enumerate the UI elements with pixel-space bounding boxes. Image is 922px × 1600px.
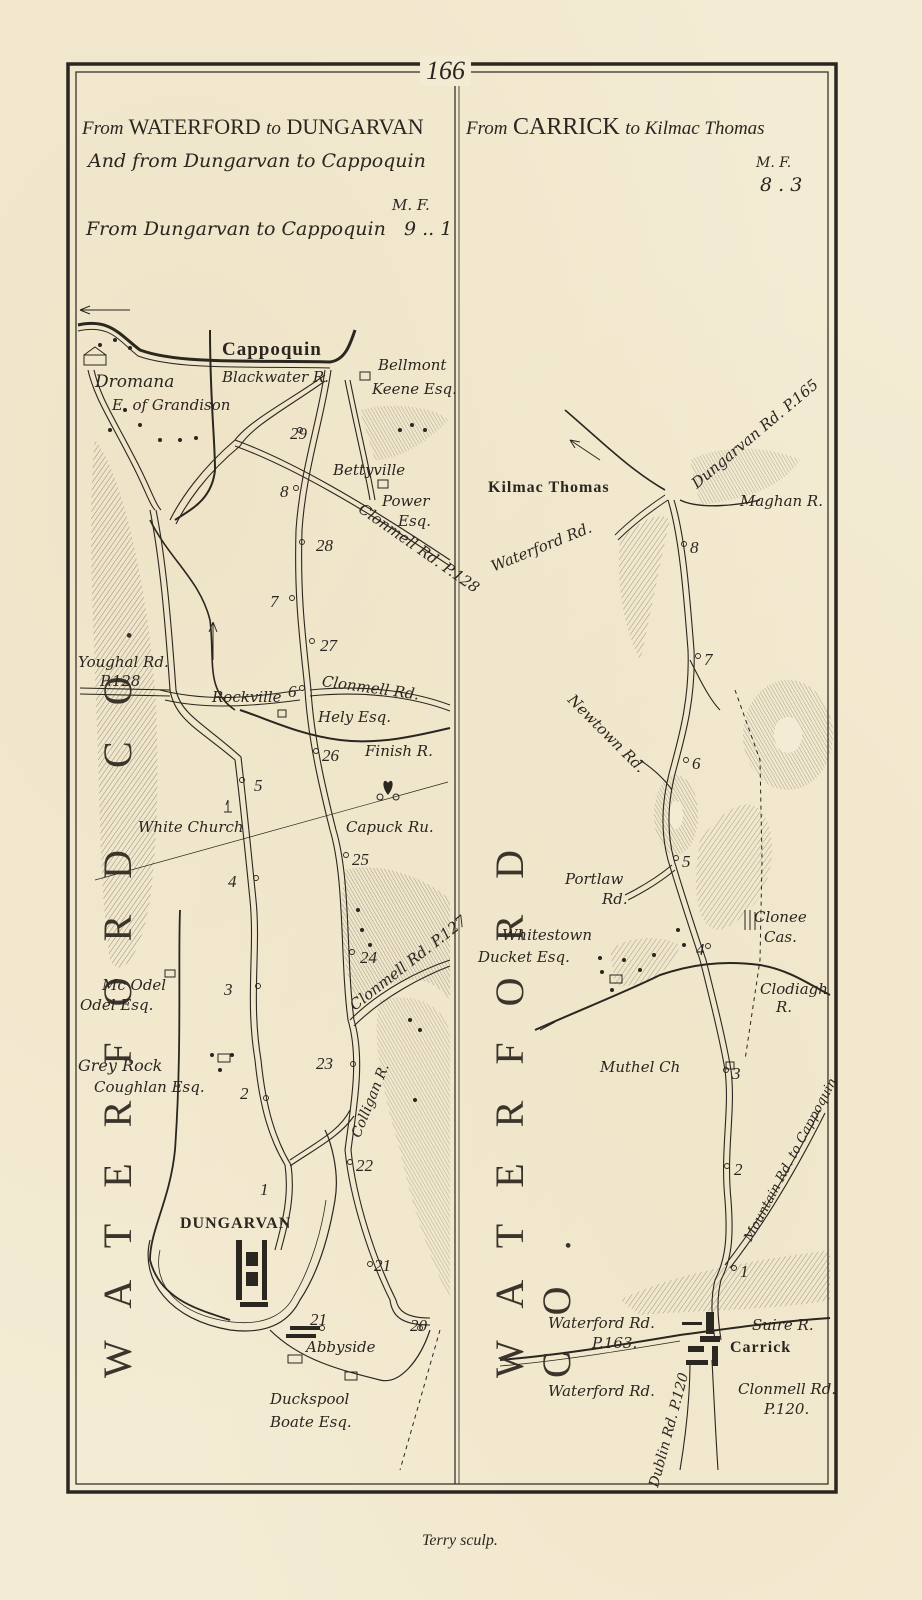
mile-marker: 23 (316, 1054, 333, 1074)
place-label: Bellmont (378, 358, 446, 373)
place-label: P.163. (592, 1336, 637, 1351)
place-label: Portlaw (565, 872, 623, 887)
place-label: Muthel Ch (600, 1060, 680, 1075)
mile-marker: 1 (740, 1262, 749, 1282)
place-label: Ducket Esq. (478, 950, 570, 965)
place-label: Waterford Rd. (548, 1384, 655, 1399)
left-subtitle: And from Dungarvan to Cappoquin (88, 152, 426, 171)
place-label: R. (776, 1000, 792, 1015)
mile-marker: 7 (704, 650, 713, 670)
place-label: Blackwater R. (222, 370, 329, 385)
mile-marker: 21 (374, 1256, 391, 1276)
mile-marker: 27 (320, 636, 337, 656)
mile-marker: 8 (690, 538, 699, 558)
place-label: Odel Esq. (80, 998, 153, 1013)
mile-marker: 5 (682, 852, 691, 872)
place-label: Hely Esq. (318, 710, 391, 725)
mile-marker: 6 (692, 754, 701, 774)
mile-marker: 3 (732, 1064, 741, 1084)
place-label: White Church (138, 820, 244, 835)
mile-marker: 7 (270, 592, 279, 612)
place-label: Clodiagh (760, 982, 828, 997)
place-label: Cas. (764, 930, 797, 945)
place-label: Rockville (212, 690, 282, 705)
place-label: Clonee (754, 910, 807, 925)
page-number: 166 (420, 56, 471, 86)
mile-marker: 20 (410, 1316, 427, 1336)
town-label: Kilmac Thomas (488, 480, 610, 496)
place-label: Rd. (602, 892, 628, 907)
place-label: E. of Grandison (112, 398, 230, 413)
place-label: Coughlan Esq. (94, 1080, 205, 1095)
right-title-to: to Kilmac Thomas (625, 118, 764, 139)
place-label: Power (382, 494, 429, 509)
place-label: Mc Odel (102, 978, 166, 993)
place-label: Finish R. (365, 744, 433, 759)
place-label: Duckspool (270, 1392, 349, 1407)
town-label: DUNGARVAN (180, 1216, 291, 1232)
town-label: Carrick (730, 1340, 791, 1356)
place-label: Abbyside (306, 1340, 376, 1355)
place-label: Clonmell Rd. (738, 1382, 836, 1397)
mile-marker: 6 (288, 682, 297, 702)
place-label: Bettyville (333, 463, 405, 478)
place-label: Boate Esq. (270, 1415, 352, 1430)
mile-marker: 28 (316, 536, 333, 556)
left-title: From WATERFORD to DUNGARVAN (82, 114, 424, 140)
map-plate: 166 From WATERFORD to DUNGARVAN And from… (0, 0, 922, 1600)
town-label: Cappoquin (222, 340, 322, 359)
mile-marker: 2 (240, 1084, 249, 1104)
mile-marker: 4 (696, 940, 705, 960)
place-label: Suire R. (752, 1318, 814, 1333)
left-distance-row-value: 9 .. 1 (404, 220, 452, 239)
right-title-prefix: From (466, 118, 508, 139)
mile-marker: 3 (224, 980, 233, 1000)
mile-marker: 8 (280, 482, 289, 502)
place-label: Whitestown (502, 928, 592, 943)
left-title-prefix: From (82, 118, 124, 139)
place-label: Waterford Rd. (548, 1316, 655, 1331)
right-title-from: CARRICK (513, 114, 620, 140)
place-label: Grey Rock (78, 1058, 162, 1074)
place-label: Keene Esq. (372, 382, 457, 397)
place-label: Capuck Ru. (346, 820, 434, 835)
left-title-to: DUNGARVAN (286, 114, 423, 139)
mile-marker: 24 (360, 948, 377, 968)
place-label: P.120. (764, 1402, 809, 1417)
mile-marker: 21 (310, 1310, 327, 1330)
right-distance-value: 8 . 3 (760, 176, 802, 195)
mile-marker: 29 (290, 424, 307, 444)
left-title-to-word: to (266, 118, 281, 139)
mile-marker: 2 (734, 1160, 743, 1180)
mile-marker: 5 (254, 776, 263, 796)
left-distance-header: M. F. (392, 198, 430, 213)
right-distance-header: M. F. (756, 156, 791, 170)
mile-marker: 1 (260, 1180, 269, 1200)
left-title-from: WATERFORD (129, 114, 261, 139)
left-distance-row-label: From Dungarvan to Cappoquin (86, 220, 386, 239)
mile-marker: 26 (322, 746, 339, 766)
place-label: Maghan R. (740, 494, 823, 509)
mile-marker: 22 (356, 1156, 373, 1176)
place-label: Dromana (95, 374, 174, 391)
mile-marker: 25 (352, 850, 369, 870)
right-title: From CARRICK to Kilmac Thomas (466, 114, 765, 141)
place-label: Youghal Rd. (78, 655, 169, 670)
mile-marker: 4 (228, 872, 237, 892)
engraver-credit: Terry sculp. (422, 1532, 498, 1550)
right-county-label: WATERFORD CO. (486, 814, 580, 1378)
place-label: P.128 (100, 674, 140, 689)
